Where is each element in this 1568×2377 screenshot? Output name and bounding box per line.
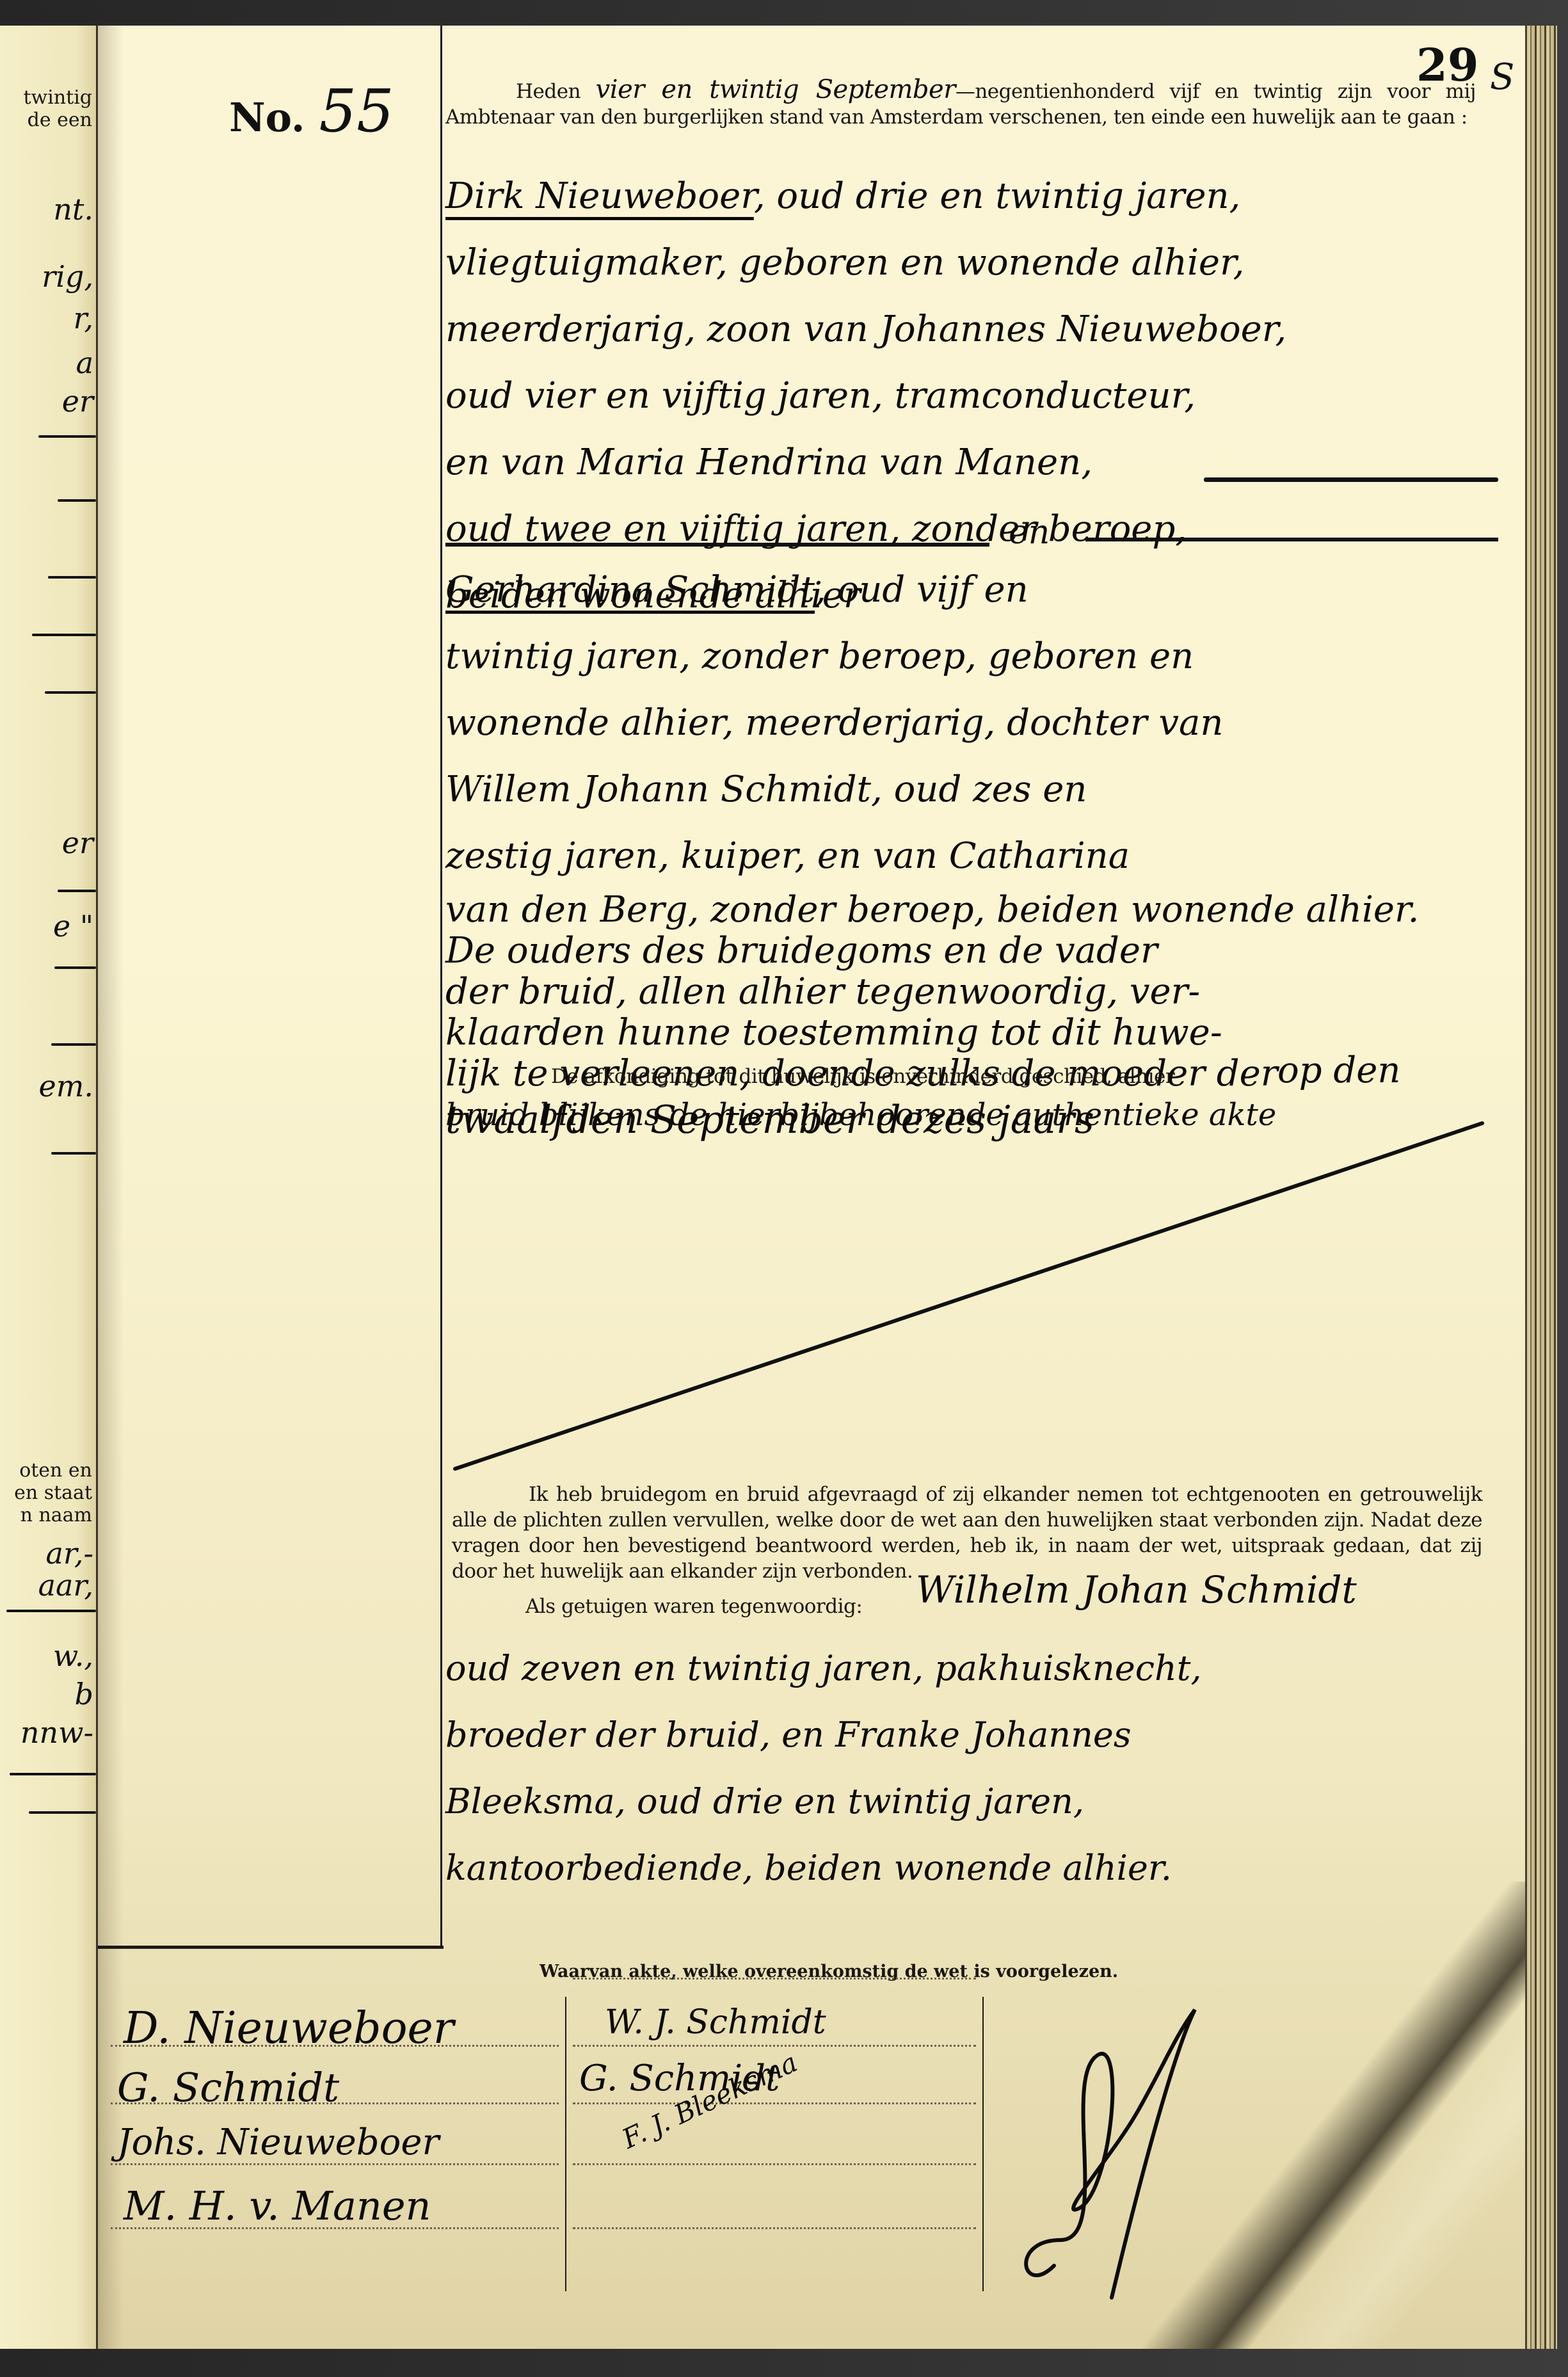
signature-bride: G. Schmidt: [117, 2064, 339, 2111]
left-rule: [6, 1610, 96, 1612]
left-printed-fragment: en staat: [14, 1482, 92, 1504]
act-number: No. 55: [229, 77, 394, 145]
left-rule: [58, 890, 96, 892]
groom-line-rest: , oud drie en twintig jaren,: [754, 175, 1241, 217]
witness-line: kantoorbediende, beiden wonende alhier.: [445, 1835, 1202, 1901]
groom-line: Dirk Nieuweboer, oud drie en twintig jar…: [445, 163, 1501, 230]
left-hand-fragment: nt.: [53, 192, 93, 227]
signature-dotted-line: [111, 2163, 559, 2165]
groom-line: oud vier en vijftig jaren, tramconducteu…: [445, 363, 1501, 429]
witness-first-line: Wilhelm Johan Schmidt: [916, 1568, 1357, 1612]
left-rule: [54, 966, 96, 969]
bride-line: Willem Johann Schmidt, oud zes en: [445, 756, 1501, 823]
line-filler-rule: [1204, 477, 1498, 482]
signature-groom-mother: M. H. v. Manen: [124, 2182, 431, 2229]
bride-line: twintig jaren, zonder beroep, geboren en: [445, 623, 1501, 690]
left-hand-fragment: ar,-: [45, 1536, 93, 1571]
signature-dotted-line: [573, 2227, 976, 2229]
left-rule: [58, 499, 96, 502]
groom-line: en van Maria Hendrina van Manen,: [445, 429, 1501, 496]
witness-lines: oud zeven en twintig jaren, pakhuisknech…: [445, 1635, 1202, 1901]
witness-line: oud zeven en twintig jaren, pakhuisknech…: [445, 1635, 1202, 1702]
left-page-fragment: twintig de een nt. rig, r, a er er e " e…: [0, 26, 98, 2349]
left-hand-fragment: rig,: [42, 259, 93, 294]
witnesses-label: Als getuigen waren tegenwoordig:: [525, 1594, 862, 1619]
bride-line: der bruid, allen alhier tegenwoordig, ve…: [445, 972, 1501, 1012]
left-rule: [51, 1043, 96, 1046]
left-hand-fragment: e ": [53, 909, 93, 943]
left-rule: [38, 435, 96, 438]
left-rule: [48, 576, 96, 579]
bride-line: Gerhardina Schmidt, oud vijf en: [445, 557, 1501, 623]
bride-line: van den Berg, zonder beroep, beiden wone…: [445, 890, 1501, 931]
left-hand-fragment: em.: [39, 1069, 93, 1103]
act-number-value: 55: [319, 77, 394, 145]
page-stack-edge: [1525, 26, 1557, 2349]
groom-name: Dirk Nieuweboer: [445, 175, 754, 217]
register-page: No. 55 29 S Heden vier en twintig Septem…: [98, 26, 1525, 2349]
proclamation-printed: De afkondiging tot dit huwelijk is onver…: [551, 1064, 1174, 1089]
left-rule: [32, 634, 96, 636]
signature-bride-father: W. J. Schmidt: [605, 2003, 826, 2042]
intro-printed-start: Heden: [516, 80, 580, 103]
left-rule: [10, 1773, 96, 1775]
left-printed-fragment: twintig: [23, 86, 92, 109]
groom-line: meerderjarig, zoon van Johannes Nieuwebo…: [445, 296, 1501, 363]
bride-line-rest: , oud vijf en: [815, 569, 1028, 611]
separator-rule-right: [1085, 538, 1498, 541]
en-separator: en: [445, 518, 1501, 557]
left-rule: [51, 1152, 96, 1155]
signature-column-witnesses: W. J. Schmidt G. Schmidt F. J. Bleeksma: [566, 1997, 984, 2291]
left-hand-fragment: nnw-: [20, 1715, 93, 1750]
left-hand-fragment: er: [62, 384, 93, 419]
left-rule: [29, 1811, 96, 1814]
intro-paragraph: Heden vier en twintig September—negentie…: [445, 77, 1476, 130]
margin-column-rule: [98, 1946, 444, 1949]
bride-section: Gerhardina Schmidt, oud vijf en twintig …: [445, 557, 1501, 1135]
bride-line: De ouders des bruidegoms en de vader: [445, 931, 1501, 972]
proclamation-handwritten-2: twaalfden September dezes jaars: [445, 1098, 1094, 1142]
signature-dotted-line: [573, 1978, 976, 1980]
act-number-label: No.: [229, 94, 305, 141]
bride-name: Gerhardina Schmidt: [445, 569, 815, 611]
signature-groom-father: Johs. Nieuweboer: [117, 2122, 439, 2163]
bride-line: wonende alhier, meerderjarig, dochter va…: [445, 690, 1501, 756]
left-printed-fragment: de een: [28, 109, 92, 131]
margin-column: No. 55: [98, 26, 442, 1946]
signature-groom: D. Nieuweboer: [124, 2003, 454, 2054]
signature-column-parties: D. Nieuweboer G. Schmidt Johs. Nieuweboe…: [104, 1997, 566, 2291]
separator-rule-left: [445, 543, 989, 547]
left-hand-fragment: b: [75, 1677, 93, 1711]
left-hand-fragment: a: [76, 346, 93, 380]
witness-line: Bleeksma, oud drie en twintig jaren,: [445, 1768, 1202, 1835]
left-hand-fragment: er: [62, 826, 93, 860]
signature-dotted-line: [573, 2163, 976, 2165]
record-body: Heden vier en twintig September—negentie…: [445, 26, 1511, 1946]
left-printed-fragment: n naam: [20, 1504, 92, 1526]
left-hand-fragment: w.,: [53, 1638, 93, 1673]
left-hand-fragment: r,: [73, 301, 93, 335]
left-rule: [45, 691, 96, 694]
groom-line: vliegtuigmaker, geboren en wonende alhie…: [445, 230, 1501, 296]
separator-en: en: [1009, 513, 1050, 552]
witness-line: broeder der bruid, en Franke Johannes: [445, 1702, 1202, 1768]
left-hand-fragment: aar,: [38, 1568, 93, 1603]
bride-line: zestig jaren, kuiper, en van Catharina: [445, 823, 1501, 890]
signature-dotted-line: [573, 2102, 976, 2104]
marriage-date-handwritten: vier en twintig September: [596, 75, 956, 104]
proclamation-handwritten-1: op den: [1277, 1050, 1400, 1091]
bride-line: klaarden hunne toestemming tot dit huwe-: [445, 1012, 1501, 1053]
left-printed-fragment: oten en: [19, 1459, 92, 1482]
signature-dotted-line: [573, 2045, 976, 2047]
